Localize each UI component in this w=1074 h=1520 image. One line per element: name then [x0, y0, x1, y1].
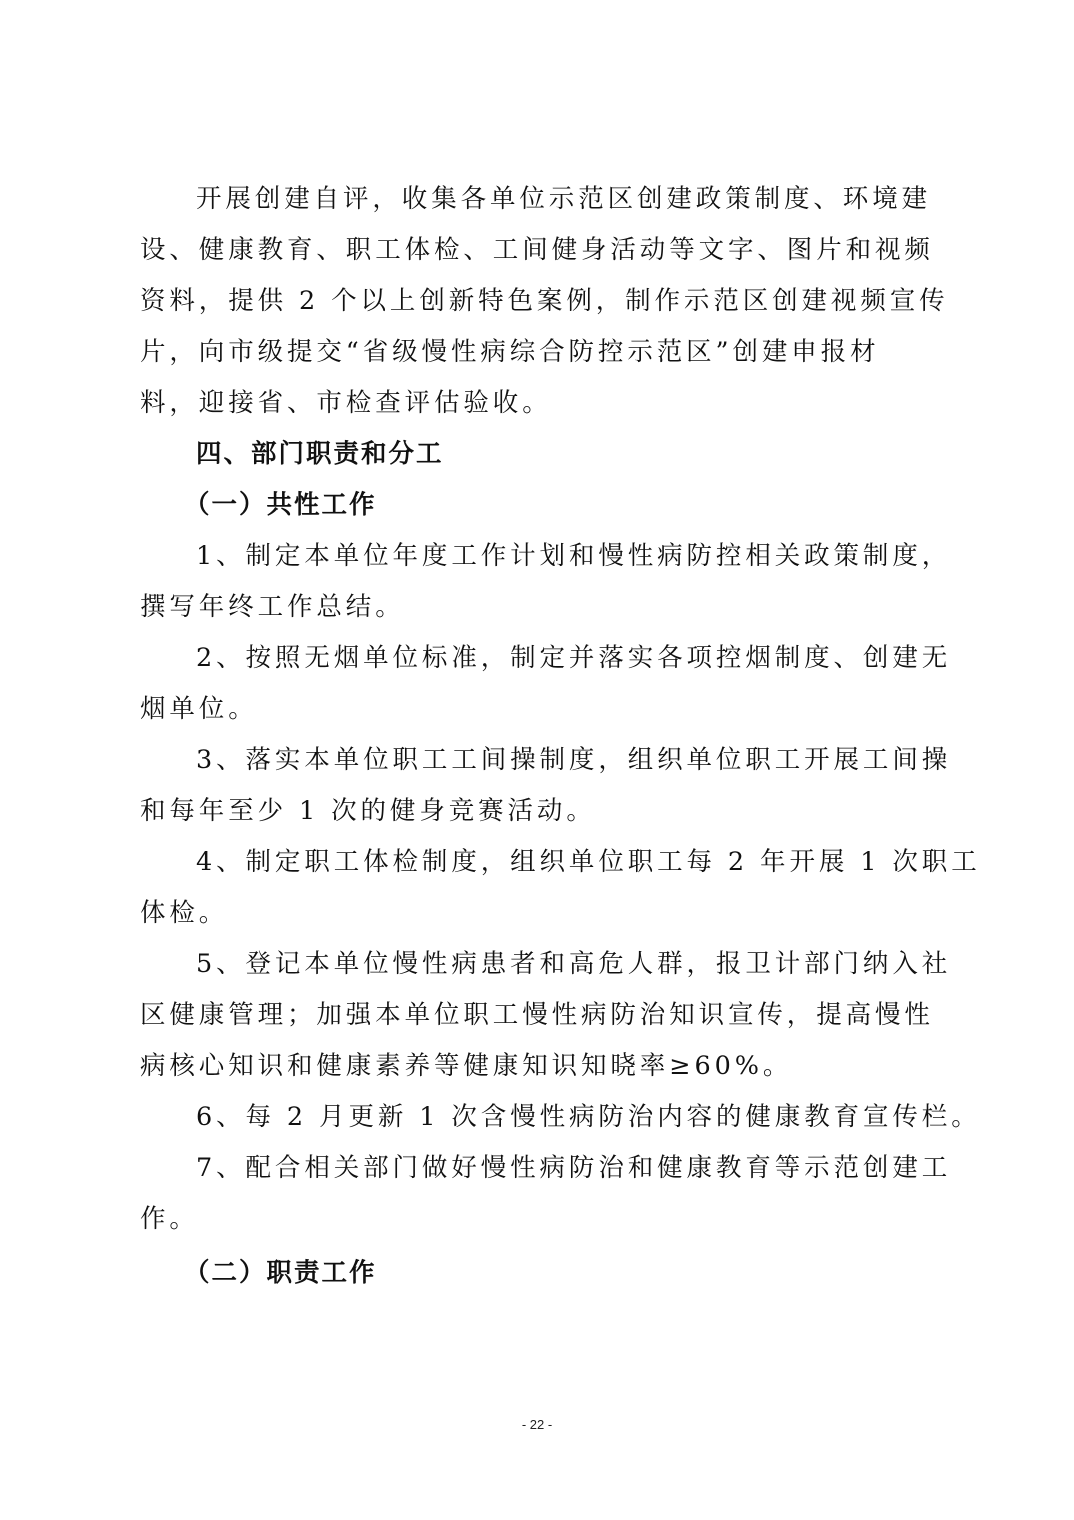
- list-item-1-line-1: 1、制定本单位年度工作计划和慢性病防控相关政策制度，: [196, 539, 976, 573]
- paragraph-line: 设、健康教育、职工体检、工间健身活动等文字、图片和视频: [140, 233, 920, 267]
- page-number: - 22 -: [0, 1417, 1074, 1432]
- list-item-5-line-3: 病核心知识和健康素养等健康知识知晓率≥60%。: [140, 1049, 920, 1083]
- section-heading: 四、部门职责和分工: [196, 437, 976, 471]
- list-item-7-line-1: 7、配合相关部门做好慢性病防治和健康教育等示范创建工: [196, 1151, 976, 1185]
- list-item-2-line-1: 2、按照无烟单位标准，制定并落实各项控烟制度、创建无: [196, 641, 976, 675]
- list-item-4-line-2: 体检。: [140, 896, 920, 930]
- list-item-6-line-1: 6、每 2 月更新 1 次含慢性病防治内容的健康教育宣传栏。: [196, 1100, 976, 1134]
- list-item-3-line-2: 和每年至少 1 次的健身竞赛活动。: [140, 794, 920, 828]
- list-item-2-line-2: 烟单位。: [140, 692, 920, 726]
- list-item-4-line-1: 4、制定职工体检制度，组织单位职工每 2 年开展 1 次职工: [196, 845, 976, 879]
- list-item-1-line-2: 撰写年终工作总结。: [140, 590, 920, 624]
- list-item-5-line-2: 区健康管理；加强本单位职工慢性病防治知识宣传，提高慢性: [140, 998, 920, 1032]
- document-page: 开展创建自评，收集各单位示范区创建政策制度、环境建 设、健康教育、职工体检、工间…: [0, 0, 1074, 1520]
- subsection-heading-duties: （二）职责工作: [184, 1256, 964, 1290]
- list-item-5-line-1: 5、登记本单位慢性病患者和高危人群，报卫计部门纳入社: [196, 947, 976, 981]
- paragraph-line: 片，向市级提交“省级慢性病综合防控示范区”创建申报材: [140, 335, 920, 369]
- paragraph-line: 料，迎接省、市检查评估验收。: [140, 386, 920, 420]
- list-item-7-line-2: 作。: [140, 1202, 920, 1236]
- paragraph-line: 开展创建自评，收集各单位示范区创建政策制度、环境建: [196, 182, 976, 216]
- paragraph-line: 资料，提供 2 个以上创新特色案例，制作示范区创建视频宣传: [140, 284, 920, 318]
- subsection-heading-common: （一）共性工作: [184, 488, 964, 522]
- list-item-3-line-1: 3、落实本单位职工工间操制度，组织单位职工开展工间操: [196, 743, 976, 777]
